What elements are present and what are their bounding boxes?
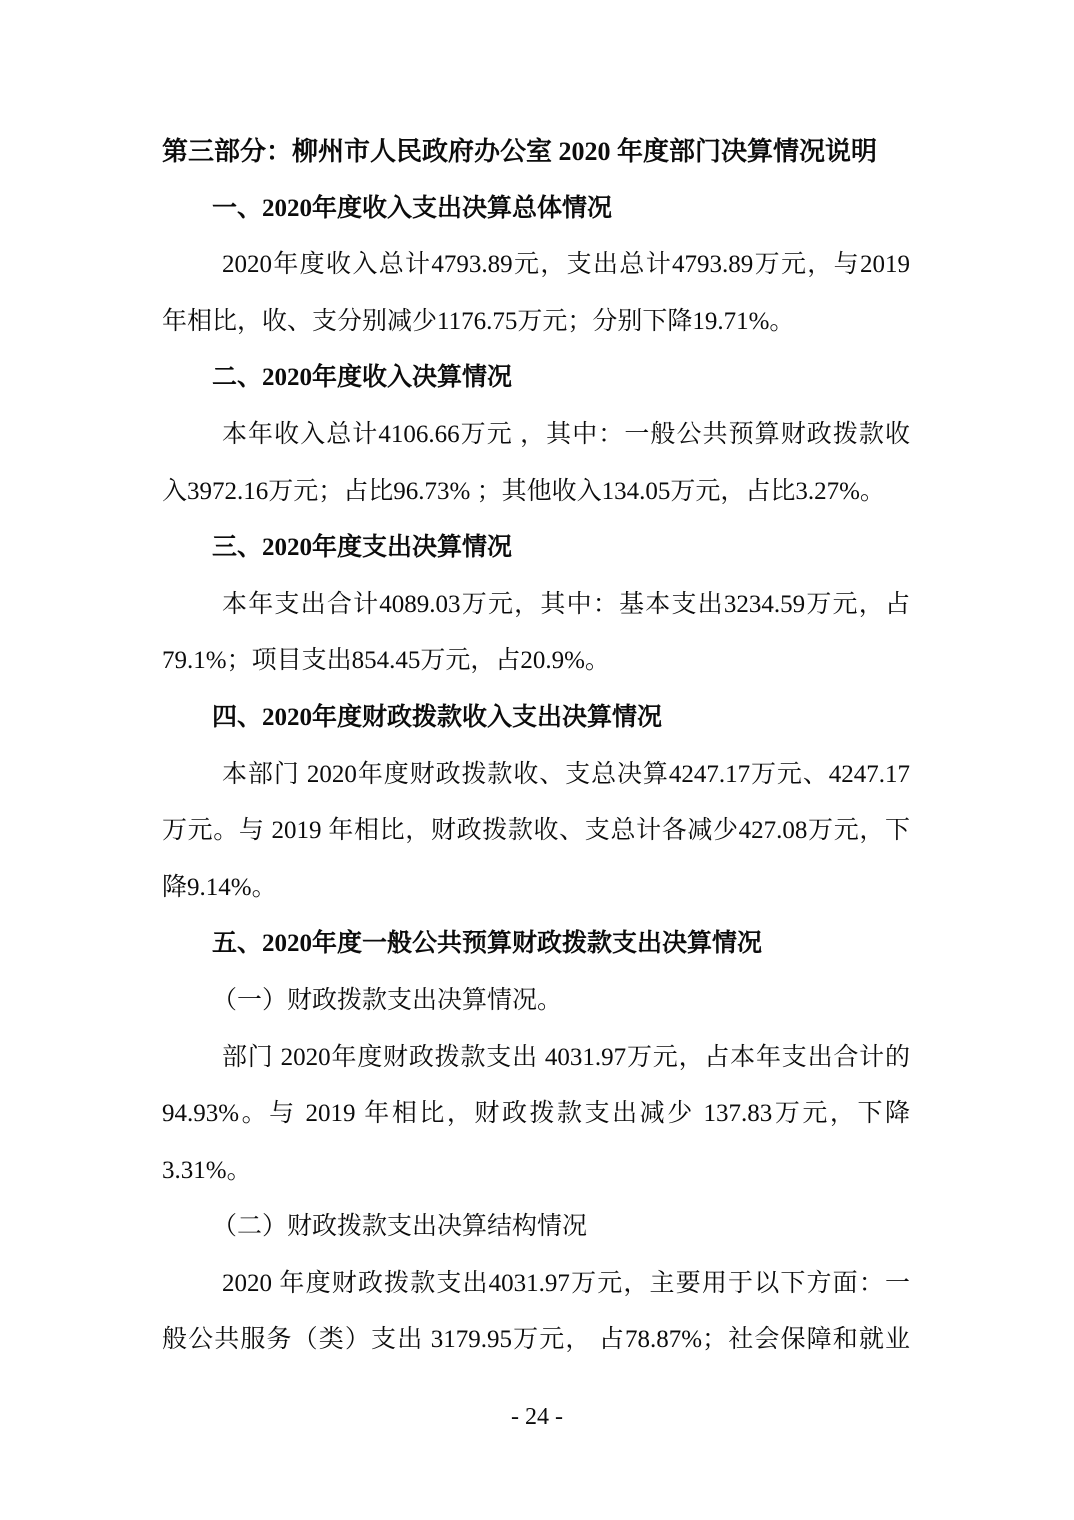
section-5-sub-1-heading: （一）财政拨款支出决算情况。 [162, 973, 910, 1030]
document-body: 第三部分：柳州市人民政府办公室 2020 年度部门决算情况说明 一、2020年度… [162, 124, 910, 1369]
section-4-heading: 四、2020年度财政拨款收入支出决算情况 [162, 690, 910, 747]
document-page: 第三部分：柳州市人民政府办公室 2020 年度部门决算情况说明 一、2020年度… [0, 0, 1074, 1520]
section-4-paragraph-line-1: 本部门 2020年度财政拨款收、支总决算4247.17万元、4247.17 [162, 747, 910, 804]
page-number: - 24 - [0, 1400, 1074, 1434]
section-5-sub-2-paragraph-line-2: 般公共服务（类）支出 3179.95万元， 占78.87%；社会保障和就业 [162, 1312, 910, 1369]
section-5-sub-2-paragraph-line-1: 2020 年度财政拨款支出4031.97万元，主要用于以下方面：一 [162, 1256, 910, 1313]
section-3-paragraph-line-1: 本年支出合计4089.03万元，其中：基本支出3234.59万元，占 [162, 577, 910, 634]
section-3-heading: 三、2020年度支出决算情况 [162, 520, 910, 577]
section-5-sub-1-paragraph-line-1: 部门 2020年度财政拨款支出 4031.97万元，占本年支出合计的 [162, 1030, 910, 1087]
section-5-sub-1-paragraph-line-3: 3.31%。 [162, 1143, 910, 1200]
section-2-heading: 二、2020年度收入决算情况 [162, 350, 910, 407]
section-5-heading: 五、2020年度一般公共预算财政拨款支出决算情况 [162, 916, 910, 973]
section-2-paragraph-line-2: 入3972.16万元；占比96.73% ；其他收入134.05万元，占比3.27… [162, 464, 910, 521]
section-5-sub-1-paragraph-line-2: 94.93%。与 2019 年相比，财政拨款支出减少 137.83万元，下降 [162, 1086, 910, 1143]
section-4-paragraph-line-2: 万元。与 2019 年相比，财政拨款收、支总计各减少427.08万元，下 [162, 803, 910, 860]
section-1-heading: 一、2020年度收入支出决算总体情况 [162, 181, 910, 238]
document-title: 第三部分：柳州市人民政府办公室 2020 年度部门决算情况说明 [162, 124, 910, 181]
section-1-paragraph-line-1: 2020年度收入总计4793.89元，支出总计4793.89万元，与2019 [162, 237, 910, 294]
section-5-sub-2-heading: （二）财政拨款支出决算结构情况 [162, 1199, 910, 1256]
section-1-paragraph-line-2: 年相比，收、支分别减少1176.75万元；分别下降19.71%。 [162, 294, 910, 351]
section-2-paragraph-line-1: 本年收入总计4106.66万元 ，其中：一般公共预算财政拨款收 [162, 407, 910, 464]
section-3-paragraph-line-2: 79.1%；项目支出854.45万元，占20.9%。 [162, 633, 910, 690]
section-4-paragraph-line-3: 降9.14%。 [162, 860, 910, 917]
